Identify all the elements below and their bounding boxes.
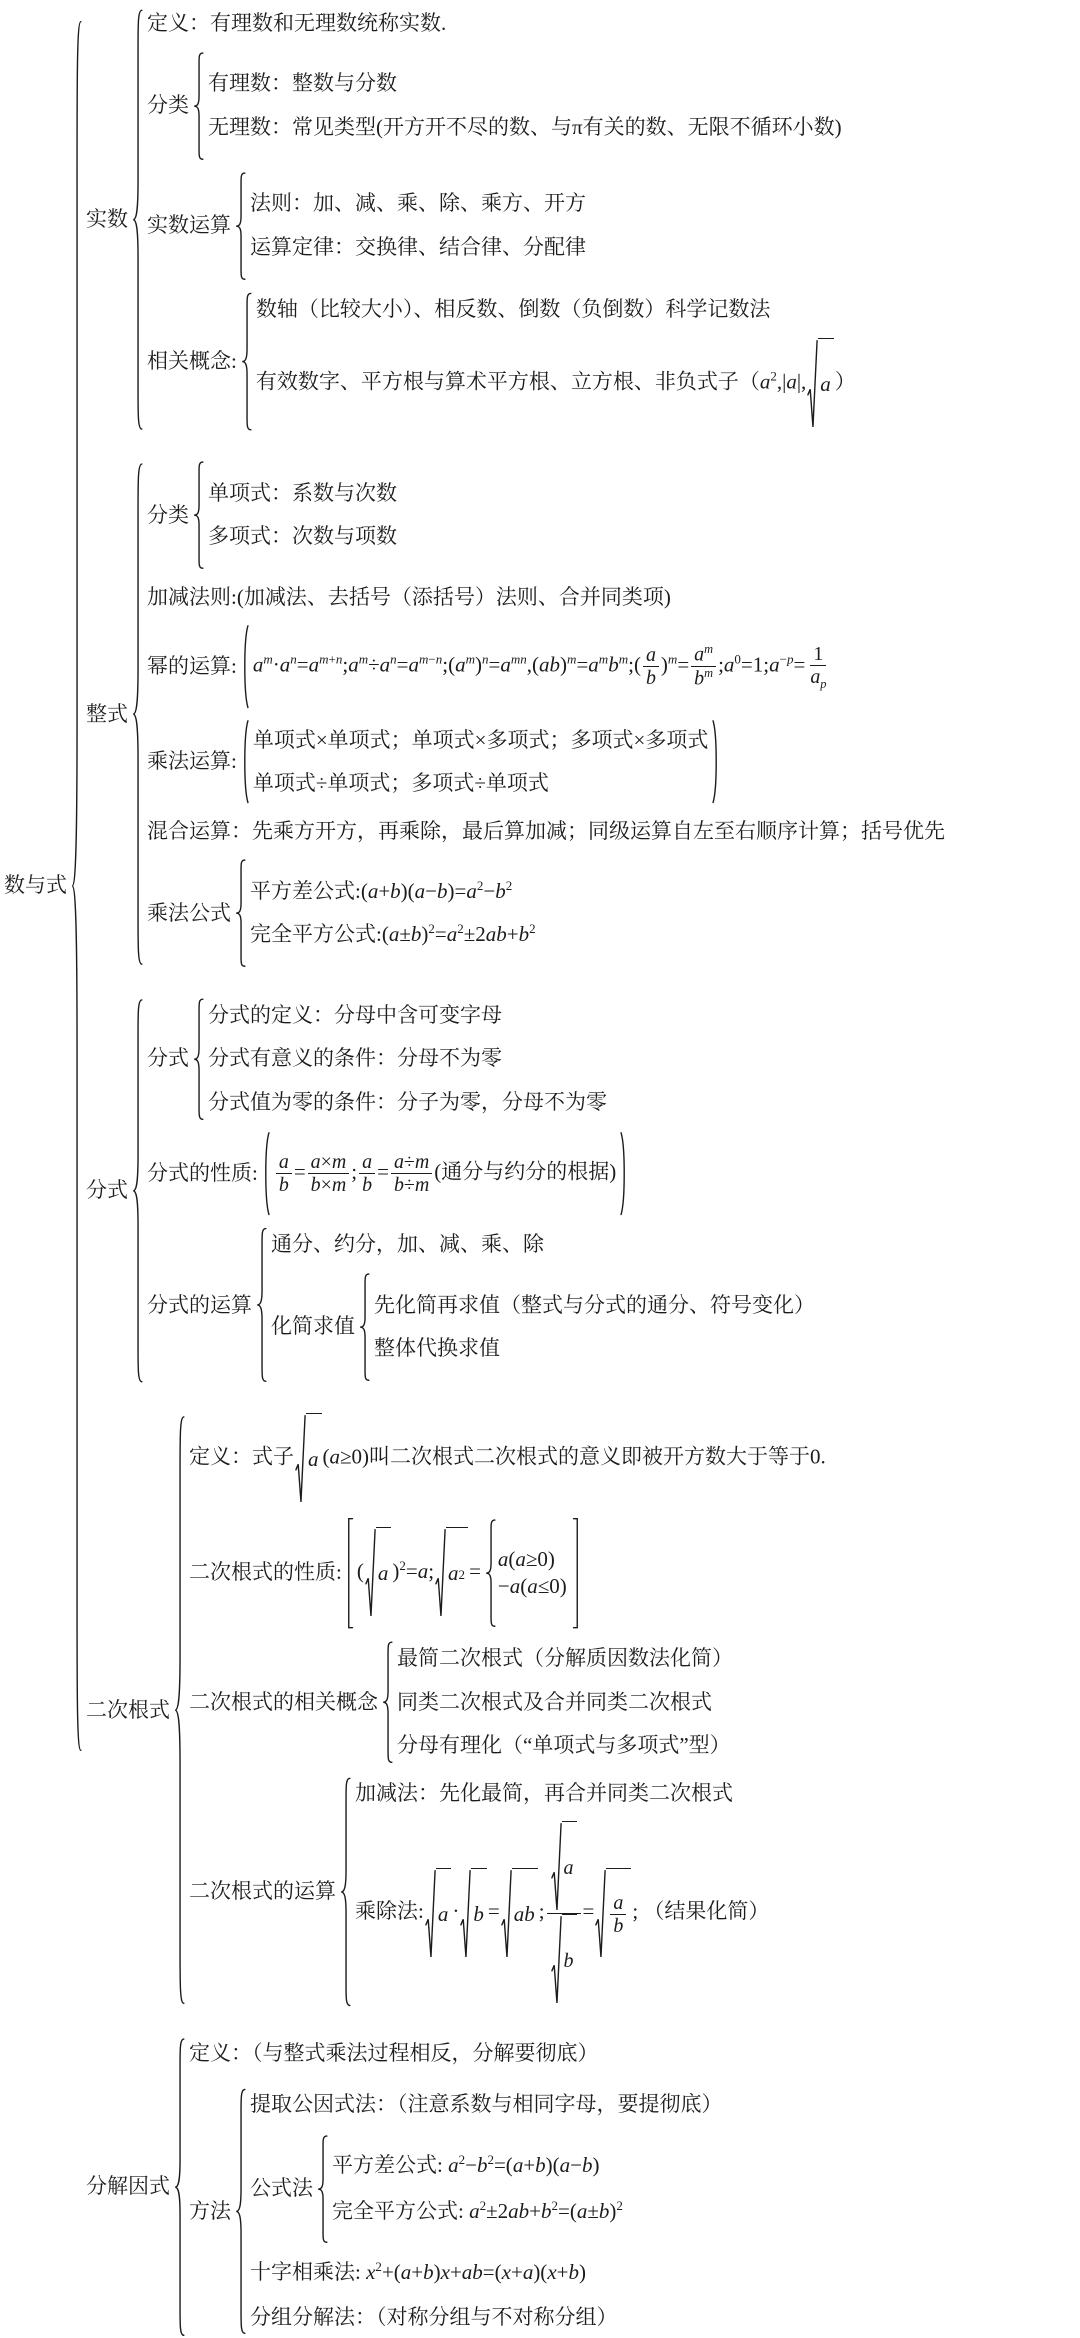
line-label: 分母有理化（“单项式与多项式”型） (395, 1730, 733, 1762)
radical-property-label: 二次根式的性质: (187, 1557, 344, 1589)
radical-sign-icon (460, 1868, 471, 1960)
line: 乘除法:a·b=ab;ab=ab; （结果化简） (353, 1821, 771, 2005)
fraction-property-label: 分式的性质: (145, 1158, 260, 1190)
real-operations: 实数运算法则：加、减、乘、除、乘方、开方运算定律：交换律、结合律、分配律 (145, 172, 588, 280)
line: 混合运算：先乘方开方，再乘除，最后算加减；同级运算自左至右顺序计算；括号优先 (145, 816, 947, 848)
line-label: 十字相乘法: x2+(a+b)x+ab=(x+a)(x+b) (248, 2257, 588, 2289)
line: 分母有理化（“单项式与多项式”型） (395, 1730, 733, 1762)
factorization: 分解因式定义：（与整式乘法过程相反，分解要彻底）方法提取公因式法：（注意系数与相… (84, 2036, 725, 2338)
line: 同类二次根式及合并同类二次根式 (395, 1687, 714, 1719)
line: 加减法：先化最简，再合并同类二次根式 (353, 1778, 735, 1810)
line: 提取公因式法：（注意系数与相同字母，要提彻底） (248, 2089, 725, 2121)
fraction: 1ap (807, 643, 829, 691)
methods-label: 方法 (187, 2196, 233, 2228)
brace-open-delimiter (131, 459, 144, 969)
line-label: 运算定律：交换律、结合律、分配律 (248, 232, 588, 264)
radical: a (551, 1821, 577, 1913)
radical: a (365, 1527, 392, 1619)
radical-operations-label: 二次根式的运算 (187, 1876, 338, 1908)
radical: b (551, 1914, 577, 2006)
line: 定义：（与整式乘法过程相反，分解要彻底） (187, 2038, 601, 2070)
brace-open-delimiter (173, 1411, 186, 2009)
radical-sign-icon (425, 1868, 436, 1960)
radical-property: 二次根式的性质:(a)2=a;a2=a(a≥0)−a(a≤0) (187, 1517, 582, 1629)
line-label: 定义：（与整式乘法过程相反，分解要彻底） (187, 2038, 601, 2070)
line: 法则：加、减、乘、除、乘方、开方 (248, 188, 588, 220)
line-label: 混合运算：先乘方开方，再乘除，最后算加减；同级运算自左至右顺序计算；括号优先 (145, 816, 947, 848)
brace-open-delimiter (234, 172, 247, 280)
line-label: 完全平方公式:(a±b)2=a2±2ab+b2 (248, 919, 538, 951)
bracket-close-delimiter (572, 1517, 581, 1629)
power-operations-children: am·an=am+n;am÷an=am−n;(am)n=amn,(ab)m=am… (251, 641, 834, 693)
line-label: 分式值为零的条件：分子为零，分母不为零 (206, 1087, 609, 1119)
multiplication-operations-label: 乘法运算: (145, 746, 239, 778)
real-number: 实数定义：有理数和无理数统称实数.分类有理数：整数与分数无理数：常见类型(开方开… (84, 6, 858, 433)
formula-method-label: 公式法 (248, 2173, 315, 2205)
radical-related-concepts-label: 二次根式的相关概念 (187, 1687, 380, 1719)
fraction-property: 分式的性质:ab=a×mb×m;ab=a÷mb÷m(通分与约分的根据) (145, 1132, 630, 1215)
radical-property-children: (a)2=a;a2=a(a≥0)−a(a≤0) (355, 1517, 571, 1629)
radical-sign-icon (365, 1527, 376, 1619)
line: 单项式×单项式；单项式×多项式；多项式×多项式 (251, 725, 711, 757)
radical-sign-icon (807, 338, 818, 430)
line: 无理数：常见类型(开方开不尽的数、与π有关的数、无限不循环小数) (206, 112, 844, 144)
line: 定义：式子a(a≥0)叫二次根式二次根式的意义即被开方数大于等于0. (187, 1413, 828, 1505)
power-operations-label: 幂的运算: (145, 651, 239, 683)
brace-open-delimiter (240, 292, 253, 431)
line: 先化简再求值（整式与分式的通分、符号变化） (372, 1290, 817, 1322)
line: 有效数字、平方根与算术平方根、立方根、非负式子（a2,|a|,a） (254, 338, 858, 430)
classification-children: 单项式：系数与次数多项式：次数与项数 (206, 476, 399, 555)
quadratic-radical-label: 二次根式 (84, 1695, 172, 1727)
line: 数轴（比较大小）、相反数、倒数（负倒数）科学记数法 (254, 294, 773, 326)
classification-label: 分类 (145, 90, 191, 122)
line-label: 定义：式子a(a≥0)叫二次根式二次根式的意义即被开方数大于等于0. (187, 1413, 828, 1505)
classification-children: 有理数：整数与分数无理数：常见类型(开方开不尽的数、与π有关的数、无限不循环小数… (206, 66, 844, 145)
brace-open-delimiter (234, 859, 247, 967)
line-label: 单项式：系数与次数 (206, 478, 399, 510)
brace-open-delimiter (234, 2087, 247, 2336)
fraction: ab (276, 1151, 292, 1197)
multiplication-operations-children: 单项式×单项式；单项式×多项式；多项式×多项式单项式÷单项式；多项式÷单项式 (251, 723, 711, 802)
line-label: 加减法：先化最简，再合并同类二次根式 (353, 1778, 735, 1810)
brace-open-delimiter (255, 1227, 268, 1383)
simplify-evaluate-children: 先化简再求值（整式与分式的通分、符号变化）整体代换求值 (372, 1288, 817, 1367)
radical: ab (595, 1868, 631, 1960)
line-label: 分式有意义的条件：分母不为零 (206, 1043, 504, 1075)
fraction-expression-label: 分式 (84, 1175, 130, 1207)
paren-close-delimiter (619, 1132, 629, 1215)
line: 有理数：整数与分数 (206, 68, 399, 100)
line: 完全平方公式:(a±b)2=a2±2ab+b2 (248, 919, 538, 951)
related-concepts: 相关概念:数轴（比较大小）、相反数、倒数（负倒数）科学记数法有效数字、平方根与算… (145, 292, 858, 431)
brace-open-delimiter (131, 6, 144, 433)
fraction: a÷mb÷m (391, 1151, 432, 1197)
paren-open-delimiter (240, 625, 250, 708)
brace-open-delimiter (173, 2036, 186, 2338)
formula-method: 公式法平方差公式: a2−b2=(a+b)(a−b)完全平方公式: a2±2ab… (248, 2135, 625, 2243)
line: 加减法则:(加减法、去括号（添括号）法则、合并同类项) (145, 582, 673, 614)
brace-open-delimiter (381, 1641, 394, 1764)
line-label: 提取公因式法：（注意系数与相同字母，要提彻底） (248, 2089, 725, 2121)
line-label: 多项式：次数与项数 (206, 521, 399, 553)
line-label: 平方差公式: a2−b2=(a+b)(a−b) (330, 2150, 602, 2182)
bracket-open-delimiter (345, 1517, 354, 1629)
radical: a (807, 338, 834, 430)
line: am·an=am+n;am÷an=am−n;(am)n=amn,(ab)m=am… (251, 643, 834, 691)
line-label: ab=a×mb×m;ab=a÷mb÷m(通分与约分的根据) (272, 1151, 618, 1197)
fraction: ambm (691, 643, 716, 690)
multiplication-formulas-label: 乘法公式 (145, 898, 233, 930)
radical-related-concepts-children: 最简二次根式（分解质因数法化简）同类二次根式及合并同类二次根式分母有理化（“单项… (395, 1641, 735, 1764)
line-label: am·an=am+n;am÷an=am−n;(am)n=amn,(ab)m=am… (251, 643, 834, 691)
line: (a)2=a;a2=a(a≥0)−a(a≤0) (355, 1519, 571, 1627)
related-concepts-label: 相关概念: (145, 346, 239, 378)
line: 十字相乘法: x2+(a+b)x+ab=(x+a)(x+b) (248, 2257, 588, 2289)
number-and-expression-label: 数与式 (2, 870, 69, 902)
fraction: a×mb×m (308, 1151, 350, 1197)
line: ab=a×mb×m;ab=a÷mb÷m(通分与约分的根据) (272, 1151, 618, 1197)
radical: ab (501, 1868, 538, 1960)
radical-sign-icon (435, 1527, 446, 1619)
fraction: ab (359, 1151, 375, 1197)
line: 运算定律：交换律、结合律、分配律 (248, 232, 588, 264)
integral-expression-label: 整式 (84, 699, 130, 731)
radical-related-concepts: 二次根式的相关概念最简二次根式（分解质因数法化简）同类二次根式及合并同类二次根式… (187, 1641, 735, 1764)
line-label: 乘除法:a·b=ab;ab=ab; （结果化简） (353, 1821, 771, 2005)
line: 平方差公式: a2−b2=(a+b)(a−b) (330, 2150, 602, 2182)
concept-map: 数与式实数定义：有理数和无理数统称实数.分类有理数：整数与分数无理数：常见类型(… (0, 0, 1080, 1772)
line-label: 数轴（比较大小）、相反数、倒数（负倒数）科学记数法 (254, 294, 773, 326)
number-and-expression-children: 实数定义：有理数和无理数统称实数.分类有理数：整数与分数无理数：常见类型(开方开… (84, 4, 947, 1768)
quadratic-radical-children: 定义：式子a(a≥0)叫二次根式二次根式的意义即被开方数大于等于0.二次根式的性… (187, 1411, 828, 2009)
radical-operations-children: 加减法：先化最简，再合并同类二次根式乘除法:a·b=ab;ab=ab; （结果化… (353, 1776, 771, 2008)
line: 完全平方公式: a2±2ab+b2=(a±b)2 (330, 2196, 625, 2228)
multiplication-operations: 乘法运算:单项式×单项式；单项式×多项式；多项式×多项式单项式÷单项式；多项式÷… (145, 720, 722, 803)
radical-sign-icon (551, 1821, 562, 1913)
fraction-basics: 分式分式的定义：分母中含可变字母分式有意义的条件：分母不为零分式值为零的条件：分… (145, 998, 609, 1121)
radical: a (425, 1868, 452, 1960)
radical-operations: 二次根式的运算加减法：先化最简，再合并同类二次根式乘除法:a·b=ab;ab=a… (187, 1776, 771, 2008)
brace-open-delimiter (70, 4, 83, 1768)
brace-open-delimiter (192, 461, 205, 569)
methods-children: 提取公因式法：（注意系数与相同字母，要提彻底）公式法平方差公式: a2−b2=(… (248, 2087, 725, 2336)
fraction: ab (547, 1821, 581, 2005)
line-label: 分式的定义：分母中含可变字母 (206, 1000, 504, 1032)
real-operations-children: 法则：加、减、乘、除、乘方、开方运算定律：交换律、结合律、分配律 (248, 186, 588, 265)
line-label: 无理数：常见类型(开方开不尽的数、与π有关的数、无限不循环小数) (206, 112, 844, 144)
line-label: 先化简再求值（整式与分式的通分、符号变化） (372, 1290, 817, 1322)
line: 分式的定义：分母中含可变字母 (206, 1000, 504, 1032)
line-label: 定义：有理数和无理数统称实数. (145, 8, 448, 40)
classification: 分类有理数：整数与分数无理数：常见类型(开方开不尽的数、与π有关的数、无限不循环… (145, 52, 844, 160)
line: 平方差公式:(a+b)(a−b)=a2−b2 (248, 876, 514, 908)
fraction-expression-children: 分式分式的定义：分母中含可变字母分式有意义的条件：分母不为零分式值为零的条件：分… (145, 996, 817, 1386)
line: 最简二次根式（分解质因数法化简） (395, 1643, 735, 1675)
classification-label: 分类 (145, 500, 191, 532)
line-label: 法则：加、减、乘、除、乘方、开方 (248, 188, 588, 220)
simplify-evaluate: 化简求值先化简再求值（整式与分式的通分、符号变化）整体代换求值 (269, 1273, 817, 1381)
line-label: 单项式÷单项式；多项式÷单项式 (251, 768, 551, 800)
fraction-basics-label: 分式 (145, 1043, 191, 1075)
quadratic-radical: 二次根式定义：式子a(a≥0)叫二次根式二次根式的意义即被开方数大于等于0.二次… (84, 1411, 828, 2009)
line: 多项式：次数与项数 (206, 521, 399, 553)
line-label: 有效数字、平方根与算术平方根、立方根、非负式子（a2,|a|,a） (254, 338, 858, 430)
classification: 分类单项式：系数与次数多项式：次数与项数 (145, 461, 399, 569)
brace-open-delimiter (358, 1273, 371, 1381)
line: 分式值为零的条件：分子为零，分母不为零 (206, 1087, 609, 1119)
fraction-operations-label: 分式的运算 (145, 1290, 254, 1322)
line-label: 通分、约分，加、减、乘、除 (269, 1229, 546, 1261)
piecewise-cases: a(a≥0)−a(a≤0) (483, 1519, 567, 1627)
line-label: 平方差公式:(a+b)(a−b)=a2−b2 (248, 876, 514, 908)
integral-expression-children: 分类单项式：系数与次数多项式：次数与项数加减法则:(加减法、去括号（添括号）法则… (145, 459, 947, 969)
fraction: ab (643, 644, 659, 690)
multiplication-formulas-children: 平方差公式:(a+b)(a−b)=a2−b2完全平方公式:(a±b)2=a2±2… (248, 874, 538, 953)
brace-open-delimiter (192, 998, 205, 1121)
radical-sign-icon (501, 1868, 512, 1960)
line: 整体代换求值 (372, 1333, 502, 1365)
real-number-label: 实数 (84, 204, 130, 236)
radical-sign-icon (595, 1868, 606, 1960)
line-label: 加减法则:(加减法、去括号（添括号）法则、合并同类项) (145, 582, 673, 614)
line: 分式有意义的条件：分母不为零 (206, 1043, 504, 1075)
line: 单项式：系数与次数 (206, 478, 399, 510)
fraction-property-children: ab=a×mb×m;ab=a÷mb÷m(通分与约分的根据) (272, 1149, 618, 1199)
fraction-operations: 分式的运算通分、约分，加、减、乘、除化简求值先化简再求值（整式与分式的通分、符号… (145, 1227, 817, 1383)
brace-open-delimiter (192, 52, 205, 160)
formula-method-children: 平方差公式: a2−b2=(a+b)(a−b)完全平方公式: a2±2ab+b2… (330, 2148, 625, 2229)
line: 单项式÷单项式；多项式÷单项式 (251, 768, 551, 800)
radical: b (460, 1868, 487, 1960)
multiplication-formulas: 乘法公式平方差公式:(a+b)(a−b)=a2−b2完全平方公式:(a±b)2=… (145, 859, 538, 967)
factorization-label: 分解因式 (84, 2171, 172, 2203)
power-operations: 幂的运算:am·an=am+n;am÷an=am−n;(am)n=amn,(ab… (145, 625, 833, 708)
brace-open-delimiter (316, 2135, 329, 2243)
real-operations-label: 实数运算 (145, 210, 233, 242)
methods: 方法提取公因式法：（注意系数与相同字母，要提彻底）公式法平方差公式: a2−b2… (187, 2087, 725, 2336)
factorization-children: 定义：（与整式乘法过程相反，分解要彻底）方法提取公因式法：（注意系数与相同字母，… (187, 2036, 725, 2338)
radical: a2 (435, 1527, 468, 1619)
line-label: 整体代换求值 (372, 1333, 502, 1365)
line-label: 最简二次根式（分解质因数法化简） (395, 1643, 735, 1675)
simplify-evaluate-label: 化简求值 (269, 1311, 357, 1343)
line-label: 有理数：整数与分数 (206, 68, 399, 100)
line-label: 分组分解法：（对称分组与不对称分组） (248, 2302, 620, 2334)
number-and-expression: 数与式实数定义：有理数和无理数统称实数.分类有理数：整数与分数无理数：常见类型(… (2, 4, 1078, 1768)
fraction: ab (610, 1892, 626, 1938)
paren-open-delimiter (240, 720, 250, 803)
fraction-operations-children: 通分、约分，加、减、乘、除化简求值先化简再求值（整式与分式的通分、符号变化）整体… (269, 1227, 817, 1383)
related-concepts-children: 数轴（比较大小）、相反数、倒数（负倒数）科学记数法有效数字、平方根与算术平方根、… (254, 292, 858, 431)
line: 通分、约分，加、减、乘、除 (269, 1229, 546, 1261)
line-label: 完全平方公式: a2±2ab+b2=(a±b)2 (330, 2196, 625, 2228)
fraction-expression: 分式分式分式的定义：分母中含可变字母分式有意义的条件：分母不为零分式值为零的条件… (84, 996, 817, 1386)
paren-open-delimiter (261, 1132, 271, 1215)
line: 分组分解法：（对称分组与不对称分组） (248, 2302, 620, 2334)
brace-open-delimiter (484, 1519, 497, 1627)
paren-close-delimiter (711, 720, 721, 803)
radical-sign-icon (295, 1413, 306, 1505)
line-label: (a)2=a;a2=a(a≥0)−a(a≤0) (355, 1519, 571, 1627)
brace-open-delimiter (131, 996, 144, 1386)
brace-open-delimiter (339, 1776, 352, 2008)
fraction-basics-children: 分式的定义：分母中含可变字母分式有意义的条件：分母不为零分式值为零的条件：分子为… (206, 998, 609, 1121)
integral-expression: 整式分类单项式：系数与次数多项式：次数与项数加减法则:(加减法、去括号（添括号）… (84, 459, 947, 969)
real-number-children: 定义：有理数和无理数统称实数.分类有理数：整数与分数无理数：常见类型(开方开不尽… (145, 6, 858, 433)
line: 定义：有理数和无理数统称实数. (145, 8, 448, 40)
radical: a (295, 1413, 322, 1505)
radical-sign-icon (551, 1914, 562, 2006)
line-label: 单项式×单项式；单项式×多项式；多项式×多项式 (251, 725, 711, 757)
line-label: 同类二次根式及合并同类二次根式 (395, 1687, 714, 1719)
